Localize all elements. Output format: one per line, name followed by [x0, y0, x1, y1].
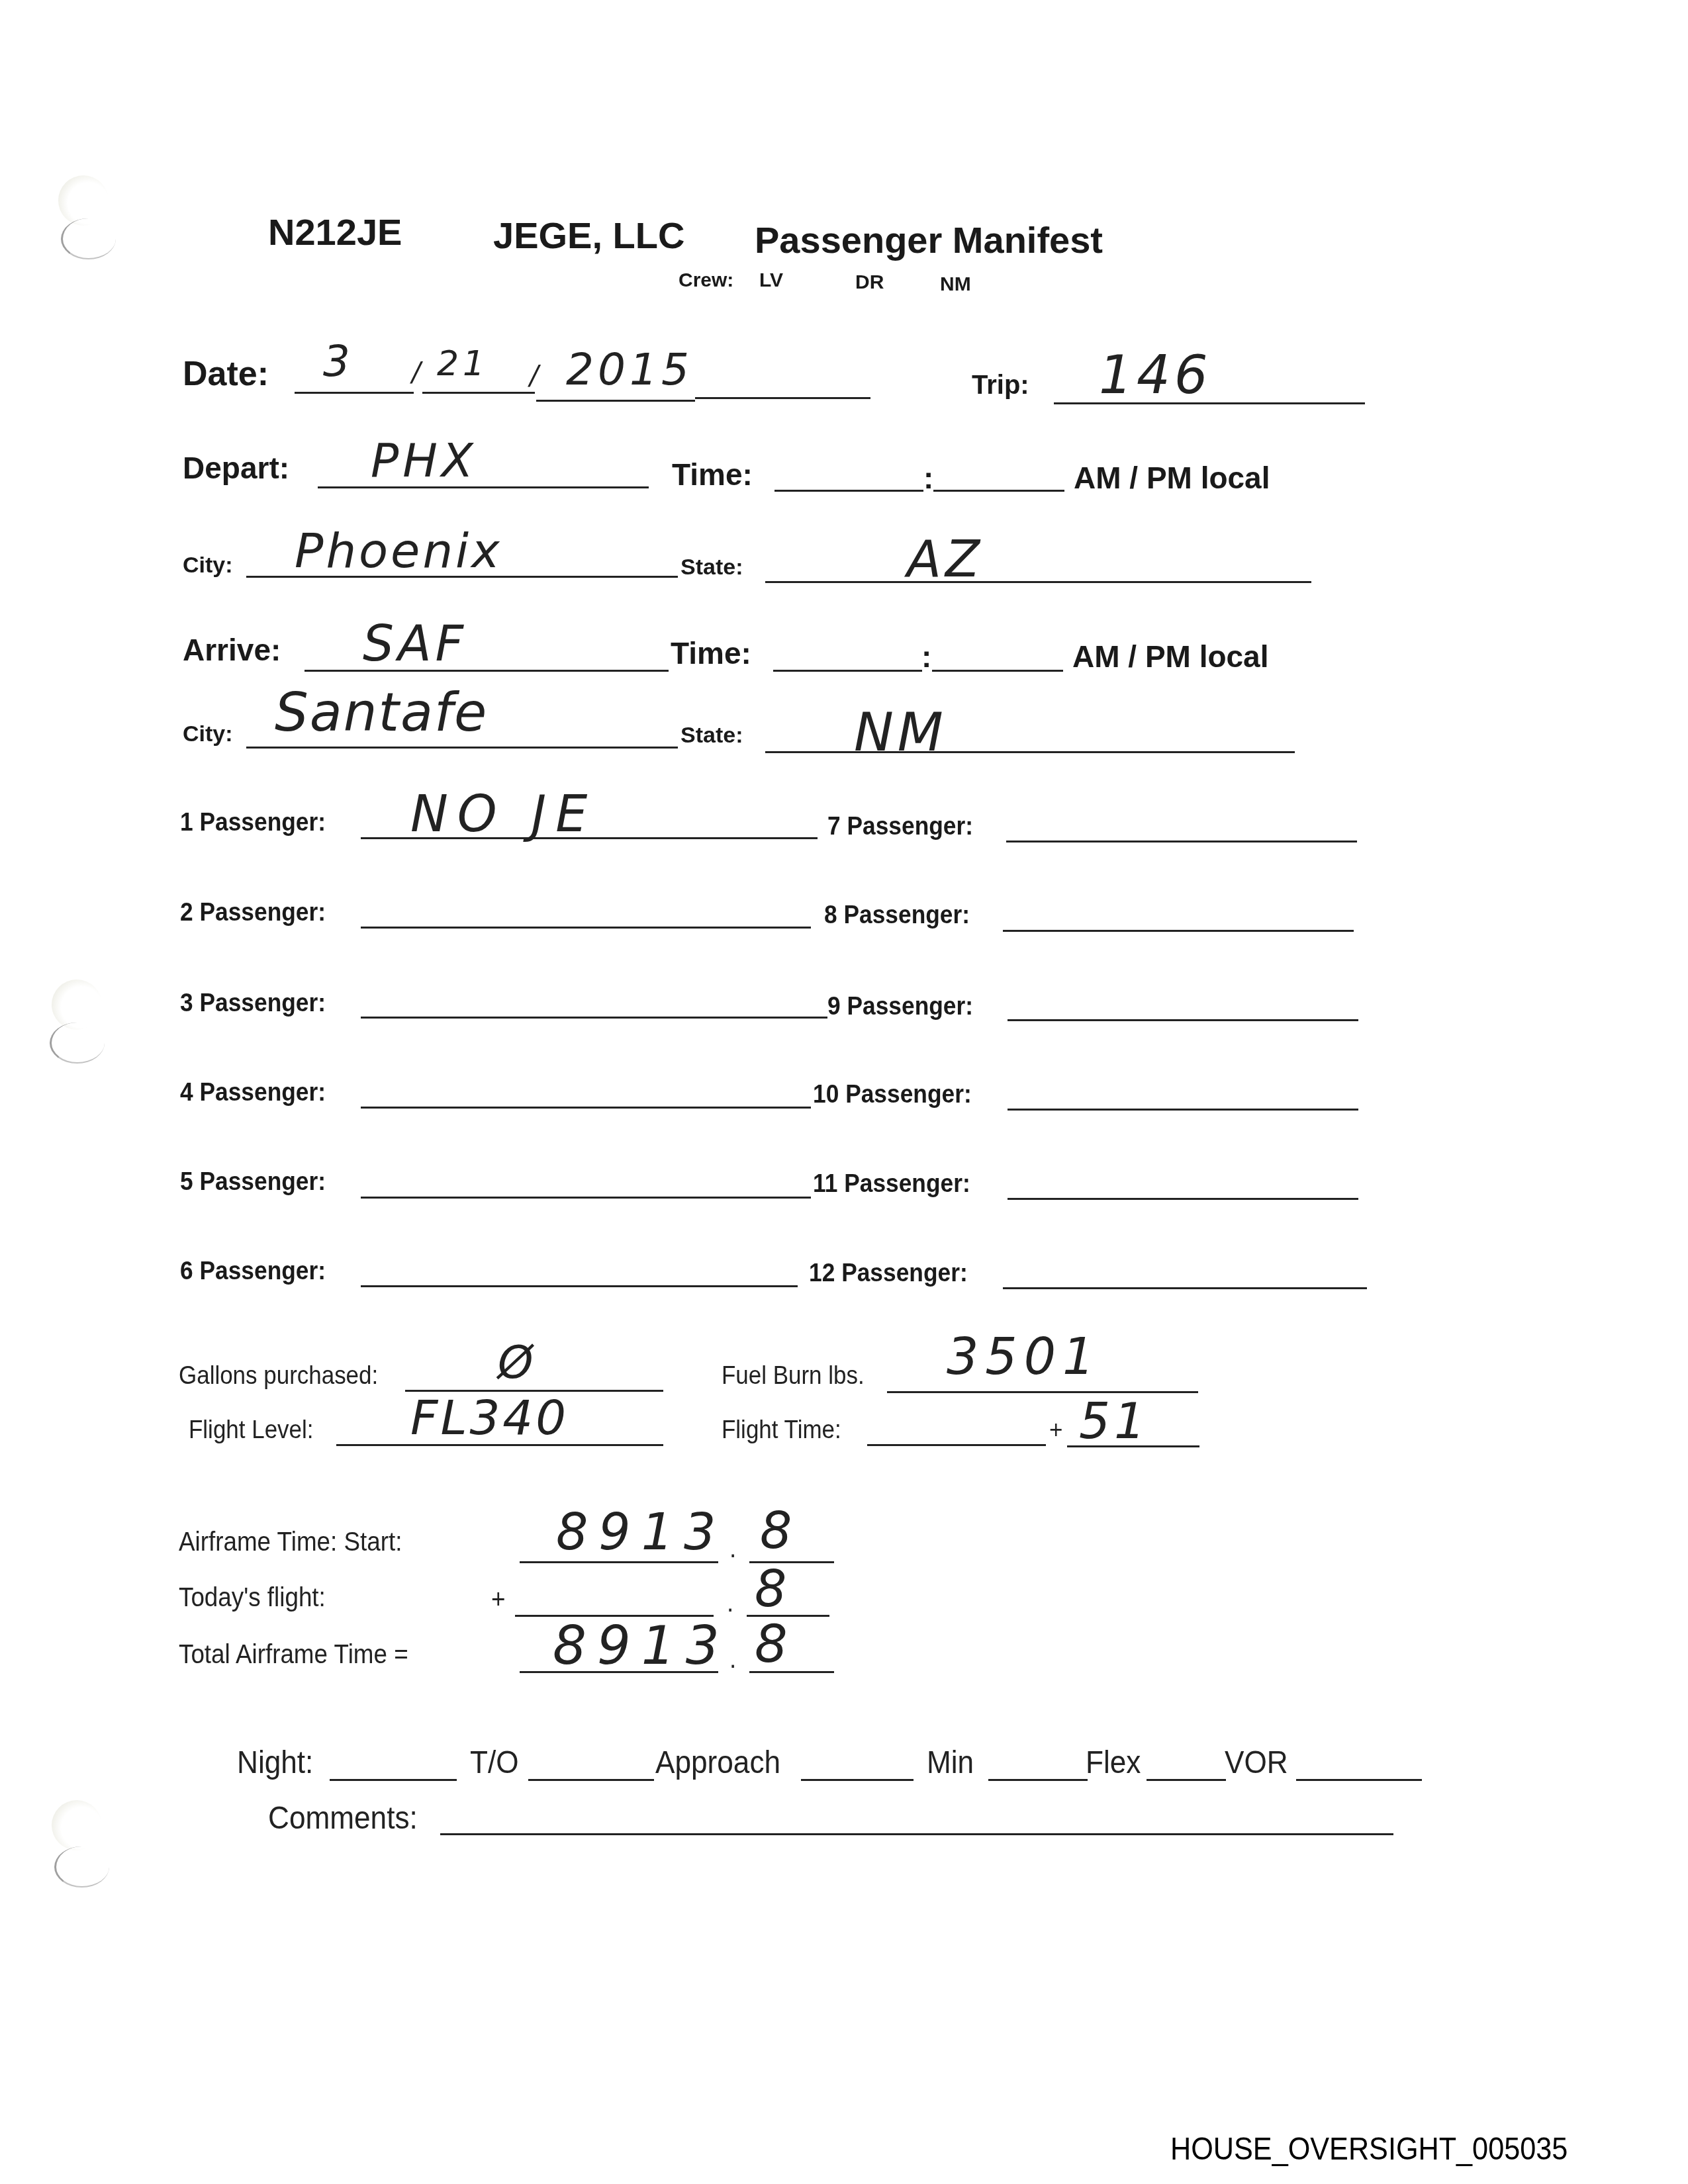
arrive-time-hour-line — [773, 670, 922, 672]
passenger-12-line — [1003, 1287, 1367, 1289]
passenger-9-line — [1008, 1019, 1358, 1021]
flex-line — [1147, 1779, 1226, 1781]
passenger-1-label: 1 Passenger: — [180, 809, 326, 837]
passenger-12-label: 12 Passenger: — [809, 1259, 968, 1288]
arrive-state-value[interactable]: NM — [854, 702, 947, 763]
airframe-start-tenth[interactable]: 8 — [760, 1501, 796, 1560]
arrive-airport-line — [305, 670, 669, 672]
date-trailing-line — [695, 397, 870, 399]
depart-state-value[interactable]: AZ — [907, 529, 984, 588]
arrive-city-label: City: — [183, 721, 233, 747]
arrive-label: Arrive: — [183, 632, 281, 668]
gallons-purchased-label: Gallons purchased: — [179, 1362, 378, 1390]
tail-number: N212JE — [268, 210, 402, 253]
trip-label: Trip: — [972, 371, 1029, 400]
crew-member-1: LV — [759, 269, 783, 292]
total-airframe-whole-line — [520, 1671, 718, 1673]
depart-city-label: City: — [183, 553, 233, 578]
arrive-state-line — [765, 751, 1295, 753]
company-name: JEGE, LLC — [493, 214, 684, 257]
flight-level-line — [336, 1444, 663, 1446]
depart-airport-line — [318, 486, 649, 488]
passenger-5-line — [361, 1197, 811, 1199]
total-airframe-dot: . — [729, 1645, 736, 1674]
flight-time-plus: + — [1049, 1416, 1062, 1445]
depart-time-label: Time: — [672, 457, 753, 492]
depart-time-separator: : — [923, 460, 933, 496]
passenger-2-line — [361, 927, 811, 929]
depart-label: Depart: — [183, 450, 289, 486]
total-airframe-tenth-line — [749, 1671, 834, 1673]
passenger-3-line — [361, 1017, 827, 1019]
hole-punch-bottom-shadow — [54, 1846, 109, 1888]
fuel-burn-value[interactable]: 3501 — [947, 1327, 1101, 1386]
approach-label: Approach — [655, 1745, 780, 1781]
date-day-value[interactable]: 21 — [437, 344, 489, 384]
min-label: Min — [927, 1745, 974, 1781]
date-label: Date: — [183, 354, 269, 394]
gallons-purchased-value[interactable]: Ø — [498, 1337, 538, 1389]
flight-time-minutes[interactable]: 51 — [1079, 1393, 1149, 1450]
depart-city-value[interactable]: Phoenix — [295, 523, 502, 578]
arrive-time-minute-line — [932, 670, 1063, 672]
total-airframe-whole[interactable]: 8913 — [553, 1615, 730, 1676]
comments-label: Comments: — [268, 1800, 418, 1837]
todays-flight-label: Today's flight: — [179, 1583, 326, 1613]
total-airframe-tenth[interactable]: 8 — [755, 1615, 792, 1674]
passenger-7-line — [1006, 841, 1357, 842]
date-year-value[interactable]: 2015 — [566, 344, 693, 395]
passenger-10-label: 10 Passenger: — [813, 1081, 972, 1109]
passenger-7-label: 7 Passenger: — [827, 813, 973, 841]
passenger-9-label: 9 Passenger: — [827, 993, 973, 1021]
depart-city-line — [246, 576, 678, 578]
depart-time-minute-line — [933, 490, 1064, 492]
approach-line — [801, 1779, 914, 1781]
arrive-city-value[interactable]: Santafe — [275, 682, 488, 743]
hole-punch-middle-shadow — [50, 1023, 105, 1064]
total-airframe-label: Total Airframe Time = — [179, 1640, 408, 1670]
date-day-line — [422, 392, 535, 394]
crew-label: Crew: — [679, 269, 733, 292]
depart-airport-value[interactable]: PHX — [371, 433, 477, 488]
date-separator-2: / — [530, 361, 542, 391]
night-line — [330, 1779, 457, 1781]
depart-state-line — [765, 581, 1311, 583]
passenger-11-line — [1008, 1198, 1358, 1200]
vor-label: VOR — [1225, 1745, 1288, 1781]
flight-time-label: Flight Time: — [722, 1416, 841, 1445]
crew-member-2: DR — [855, 271, 884, 294]
date-separator-1: / — [412, 357, 424, 388]
fuel-burn-line — [887, 1391, 1198, 1393]
passenger-8-label: 8 Passenger: — [824, 901, 970, 930]
flight-time-minutes-line — [1067, 1445, 1199, 1447]
arrive-ampm-label: AM / PM local — [1072, 639, 1268, 674]
arrive-time-label: Time: — [671, 635, 751, 671]
takeoff-line — [528, 1779, 654, 1781]
airframe-start-dot: . — [729, 1534, 736, 1564]
vor-line — [1296, 1779, 1422, 1781]
passenger-5-label: 5 Passenger: — [180, 1168, 326, 1197]
night-label: Night: — [237, 1745, 313, 1781]
depart-time-hour-line — [774, 490, 923, 492]
airframe-start-whole[interactable]: 8913 — [556, 1502, 726, 1561]
trip-number-value[interactable]: 146 — [1099, 344, 1212, 406]
airframe-start-label: Airframe Time: Start: — [179, 1527, 402, 1557]
arrive-state-label: State: — [680, 723, 743, 749]
flight-level-value[interactable]: FL340 — [410, 1390, 569, 1445]
date-month-value[interactable]: 3 — [323, 338, 354, 387]
comments-line — [440, 1833, 1393, 1835]
passenger-10-line — [1008, 1109, 1358, 1111]
passenger-1-line — [361, 837, 818, 839]
arrive-city-line — [246, 747, 678, 749]
arrive-airport-value[interactable]: SAF — [363, 615, 467, 672]
takeoff-label: T/O — [470, 1745, 519, 1781]
passenger-4-line — [361, 1107, 811, 1109]
trip-line — [1054, 402, 1365, 404]
bates-number: HOUSE_OVERSIGHT_005035 — [1170, 2131, 1568, 2167]
passenger-11-label: 11 Passenger: — [813, 1170, 970, 1199]
todays-flight-dot: . — [727, 1588, 733, 1618]
todays-flight-plus: + — [491, 1585, 505, 1615]
flex-label: Flex — [1086, 1745, 1141, 1781]
passenger-6-line — [361, 1285, 798, 1287]
fuel-burn-label: Fuel Burn lbs. — [722, 1362, 865, 1390]
date-month-line — [295, 392, 414, 394]
passenger-6-label: 6 Passenger: — [180, 1257, 326, 1286]
passenger-3-label: 3 Passenger: — [180, 989, 326, 1018]
hole-punch-top-shadow — [61, 218, 116, 259]
flight-level-label: Flight Level: — [189, 1416, 313, 1445]
depart-ampm-label: AM / PM local — [1074, 460, 1270, 496]
date-year-line — [536, 400, 695, 402]
arrive-time-separator: : — [921, 639, 931, 674]
passenger-2-label: 2 Passenger: — [180, 899, 326, 927]
hole-punch-bottom — [52, 1800, 102, 1850]
flight-time-hours-line — [867, 1444, 1046, 1446]
crew-member-3: NM — [940, 273, 971, 296]
passenger-1-value[interactable]: NO JE — [410, 784, 596, 843]
todays-flight-tenth[interactable]: 8 — [755, 1559, 790, 1618]
airframe-start-whole-line — [520, 1561, 718, 1563]
page-title: Passenger Manifest — [755, 218, 1103, 261]
passenger-8-line — [1003, 930, 1354, 932]
min-line — [988, 1779, 1088, 1781]
depart-state-label: State: — [680, 555, 743, 580]
passenger-4-label: 4 Passenger: — [180, 1079, 326, 1107]
